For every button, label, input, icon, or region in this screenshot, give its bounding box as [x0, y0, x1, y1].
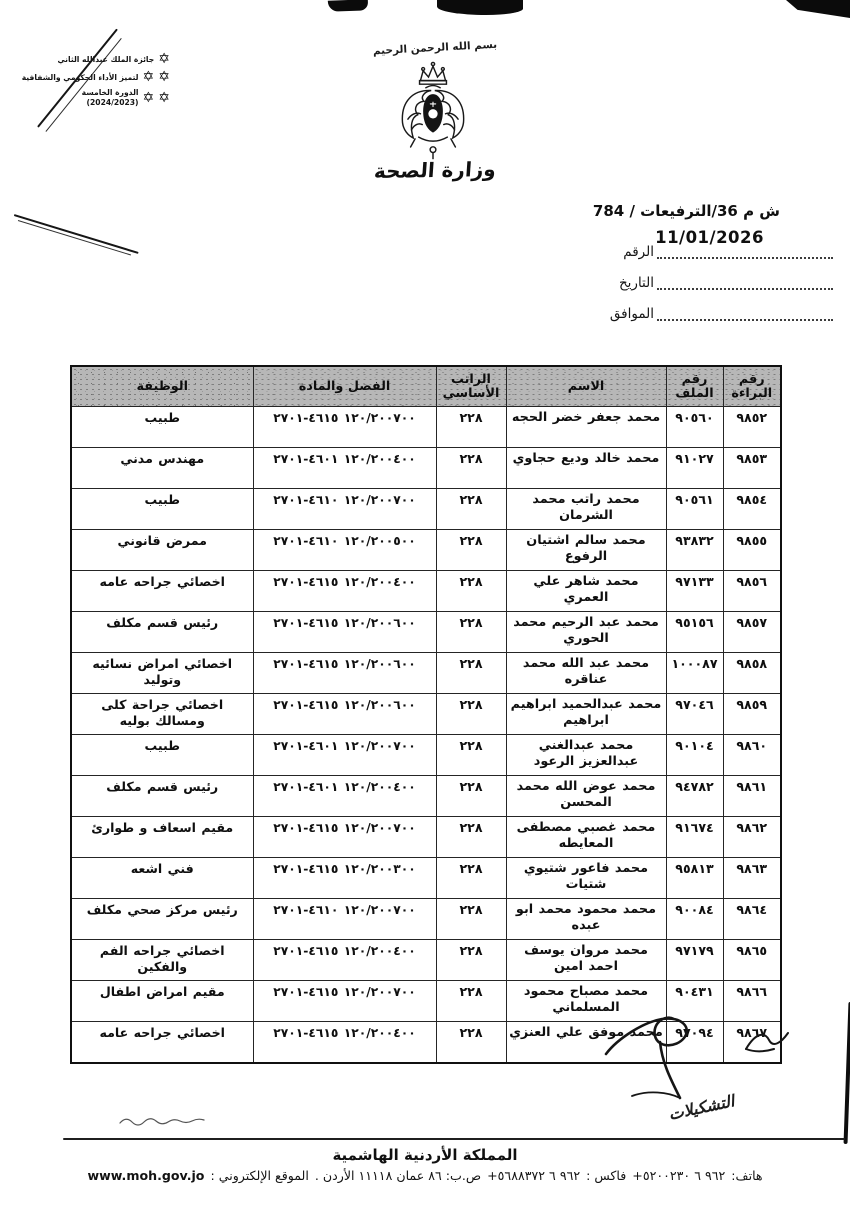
chapter-article-value: ١٢٠/٢٠٠٧٠٠ ٤٦٠١-٢٧٠١: [273, 739, 416, 753]
jordan-coat-of-arms: [387, 60, 479, 164]
fax-number: +٩٦٢ ٦ ٥٦٨٨٣٧٢: [487, 1168, 580, 1183]
employee-name-cell: محمد عبد الله محمد عناقره: [506, 653, 666, 694]
job-title-cell: طبيب: [71, 407, 253, 448]
job-title-cell: اخصائي جراحه عامه: [71, 571, 253, 612]
award-stamp-row: ✡ جائزة الملك عبدالله الثاني: [18, 52, 170, 66]
chapter-article-value: ١٢٠/٢٠٠٦٠٠ ٤٦١٥-٢٧٠١: [273, 616, 416, 630]
chapter-article-value: ١٢٠/٢٠٠٧٠٠ ٤٦١٠-٢٧٠١: [273, 903, 416, 917]
table-row: ٩٨٥٥ ٩٣٨٣٢ محمد سالم اشتيان الرفوع ٢٢٨ ١…: [71, 530, 781, 571]
basic-salary-cell: ٢٢٨: [436, 940, 506, 981]
chapter-article-value: ١٢٠/٢٠٠٧٠٠ ٤٦١٥-٢٧٠١: [273, 411, 416, 425]
contact-line: هاتف: +٩٦٢ ٦ ٥٢٠٠٢٣٠ فاكس : +٩٦٢ ٦ ٥٦٨٨٣…: [0, 1168, 850, 1183]
table-row: ٩٨٥٩ ٩٧٠٤٦ محمد عبدالحميد ابراهيم ابراهي…: [71, 694, 781, 735]
chapter-article-cell: ١٢٠/٢٠٠٧٠٠ ٤٦٠١-٢٧٠١: [253, 735, 436, 776]
award-star-icon: ✡: [158, 91, 170, 105]
chapter-article-cell: ١٢٠/٢٠٠٤٠٠ ٤٦١٥-٢٧٠١: [253, 940, 436, 981]
header-job-title: الوظيفة: [71, 366, 253, 407]
kingdom-title: المملكة الأردنية الهاشمية: [0, 1146, 850, 1164]
illegible-marginal-note: [118, 1114, 218, 1128]
file-number-cell: ٩٥١٥٦: [666, 612, 723, 653]
basic-salary-cell: ٢٢٨: [436, 776, 506, 817]
award-star-icon: ✡: [158, 52, 170, 66]
footer-rule: [63, 1138, 845, 1140]
chapter-article-cell: ١٢٠/٢٠٠٤٠٠ ٤٦١٥-٢٧٠١: [253, 1022, 436, 1064]
basic-salary-cell: ٢٢٨: [436, 448, 506, 489]
grade-number-cell: ٩٨٥٨: [723, 653, 781, 694]
basic-salary-cell: ٢٢٨: [436, 571, 506, 612]
table-row: ٩٨٦٢ ٩١٦٧٤ محمد غصبي مصطفى المعايطه ٢٢٨ …: [71, 817, 781, 858]
grade-number-cell: ٩٨٦٤: [723, 899, 781, 940]
bismillah-calligraphy: بسم الله الرحمن الرحيم: [340, 37, 530, 59]
grade-number-cell: ٩٨٥٢: [723, 407, 781, 448]
table-row: ٩٨٥٤ ٩٠٥٦١ محمد راتب محمد الشرمان ٢٢٨ ١٢…: [71, 489, 781, 530]
grade-number-cell: ٩٨٦٠: [723, 735, 781, 776]
employee-name-cell: محمد محمود محمد ابو عبده: [506, 899, 666, 940]
field-label: الرقم: [623, 244, 654, 260]
employee-name-cell: محمد عبدالحميد ابراهيم ابراهيم: [506, 694, 666, 735]
job-title-cell: مقيم امراض اطفال: [71, 981, 253, 1022]
chapter-article-value: ١٢٠/٢٠٠٣٠٠ ٤٦١٥-٢٧٠١: [273, 862, 416, 876]
award-line-2: لتميز الأداء الحكومي والشفافية: [22, 73, 139, 82]
basic-salary-cell: ٢٢٨: [436, 899, 506, 940]
table-row: ٩٨٥٨ ١٠٠٠٨٧ محمد عبد الله محمد عناقره ٢٢…: [71, 653, 781, 694]
file-number-cell: ٩٠٥٦١: [666, 489, 723, 530]
promotions-table-wrap: رقم البراءة رقم الملف الاسم الراتب الأسا…: [70, 365, 782, 1064]
pobox-text: ص.ب: ٨٦ عمان ١١١١٨ الأردن .: [315, 1168, 481, 1183]
file-number-cell: ١٠٠٠٨٧: [666, 653, 723, 694]
file-number-cell: ٩٣٨٣٢: [666, 530, 723, 571]
chapter-article-cell: ١٢٠/٢٠٠٤٠٠ ٤٦٠١-٢٧٠١: [253, 448, 436, 489]
award-stamp: ✡ جائزة الملك عبدالله الثاني ✡ ✡ لتميز ا…: [18, 52, 170, 111]
chapter-article-cell: ١٢٠/٢٠٠٦٠٠ ٤٦١٥-٢٧٠١: [253, 612, 436, 653]
field-tarikh: التاريخ: [619, 275, 833, 291]
employee-name-cell: محمد جعفر خضر الحجه: [506, 407, 666, 448]
scan-artifact-streak: [18, 220, 131, 256]
chapter-article-cell: ١٢٠/٢٠٠٤٠٠ ٤٦١٥-٢٧٠١: [253, 571, 436, 612]
file-number-cell: ٩١٠٢٧: [666, 448, 723, 489]
basic-salary-cell: ٢٢٨: [436, 1022, 506, 1064]
header-file-number: رقم الملف: [666, 366, 723, 407]
file-number-cell: ٩٧١٣٣: [666, 571, 723, 612]
scan-artifact-edge: [844, 1002, 850, 1144]
job-title-cell: اخصائي جراحه عامه: [71, 1022, 253, 1064]
table-row: ٩٨٦٠ ٩٠١٠٤ محمد عبدالغني عبدالعزيز الرعو…: [71, 735, 781, 776]
chapter-article-cell: ١٢٠/٢٠٠٥٠٠ ٤٦١٠-٢٧٠١: [253, 530, 436, 571]
field-muwafiq: الموافق: [610, 306, 833, 322]
header-basic-salary: الراتب الأساسي: [436, 366, 506, 407]
field-raqam: الرقم: [623, 244, 833, 260]
chapter-article-cell: ١٢٠/٢٠٠٤٠٠ ٤٦٠١-٢٧٠١: [253, 776, 436, 817]
table-row: ٩٨٥٧ ٩٥١٥٦ محمد عبد الرحيم محمد الحوري ٢…: [71, 612, 781, 653]
header-chapter-article: الفصل والمادة: [253, 366, 436, 407]
basic-salary-cell: ٢٢٨: [436, 858, 506, 899]
chapter-article-value: ١٢٠/٢٠٠٤٠٠ ٤٦١٥-٢٧٠١: [273, 575, 416, 589]
chapter-article-value: ١٢٠/٢٠٠٤٠٠ ٤٦٠١-٢٧٠١: [273, 780, 416, 794]
basic-salary-cell: ٢٢٨: [436, 407, 506, 448]
table-row: ٩٨٥٢ ٩٠٥٦٠ محمد جعفر خضر الحجه ٢٢٨ ١٢٠/٢…: [71, 407, 781, 448]
grade-number-cell: ٩٨٦١: [723, 776, 781, 817]
chapter-article-cell: ١٢٠/٢٠٠٧٠٠ ٤٦١٠-٢٧٠١: [253, 489, 436, 530]
award-stamp-row: ✡ ✡ لتميز الأداء الحكومي والشفافية: [18, 70, 170, 84]
basic-salary-cell: ٢٢٨: [436, 653, 506, 694]
scanned-document-page: ✡ جائزة الملك عبدالله الثاني ✡ ✡ لتميز ا…: [0, 0, 850, 1214]
grade-number-cell: ٩٨٦٣: [723, 858, 781, 899]
grade-number-cell: ٩٨٥٦: [723, 571, 781, 612]
chapter-article-cell: ١٢٠/٢٠٠٧٠٠ ٤٦١٥-٢٧٠١: [253, 407, 436, 448]
job-title-cell: اخصائي امراض نسائيه وتوليد: [71, 653, 253, 694]
header-name: الاسم: [506, 366, 666, 407]
award-stamp-row: ✡ ✡ الدورة الخامسة (2024/2023): [18, 88, 170, 107]
basic-salary-cell: ٢٢٨: [436, 612, 506, 653]
chapter-article-value: ١٢٠/٢٠٠٧٠٠ ٤٦١٥-٢٧٠١: [273, 821, 416, 835]
dotted-line: [657, 307, 833, 321]
job-title-cell: مهندس مدني: [71, 448, 253, 489]
table-row: ٩٨٥٦ ٩٧١٣٣ محمد شاهر علي العمري ٢٢٨ ١٢٠/…: [71, 571, 781, 612]
fax-label: فاكس :: [586, 1168, 626, 1183]
crown-icon: [420, 62, 447, 87]
file-number-cell: ٩٧٠٤٦: [666, 694, 723, 735]
employee-name-cell: محمد فاعور شتيوي شتيات: [506, 858, 666, 899]
chapter-article-value: ١٢٠/٢٠٠٧٠٠ ٤٦١٥-٢٧٠١: [273, 985, 416, 999]
table-row: ٩٨٦١ ٩٤٧٨٢ محمد عوض الله محمد المحسن ٢٢٨…: [71, 776, 781, 817]
job-title-cell: اخصائي جراحه الفم والفكين: [71, 940, 253, 981]
chapter-article-value: ١٢٠/٢٠٠٤٠٠ ٤٦١٥-٢٧٠١: [273, 1026, 416, 1040]
chapter-article-cell: ١٢٠/٢٠٠٣٠٠ ٤٦١٥-٢٧٠١: [253, 858, 436, 899]
award-line-3: الدورة الخامسة: [82, 88, 139, 97]
header-grade-number: رقم البراءة: [723, 366, 781, 407]
center-shield: [423, 94, 443, 133]
award-line-4: (2024/2023): [82, 98, 139, 107]
employee-name-cell: محمد غصبي مصطفى المعايطه: [506, 817, 666, 858]
table-row: ٩٨٦٤ ٩٠٠٨٤ محمد محمود محمد ابو عبده ٢٢٨ …: [71, 899, 781, 940]
chapter-article-cell: ١٢٠/٢٠٠٦٠٠ ٤٦١٥-٢٧٠١: [253, 653, 436, 694]
basic-salary-cell: ٢٢٨: [436, 735, 506, 776]
award-line-1: جائزة الملك عبدالله الثاني: [57, 55, 154, 64]
job-title-cell: رئيس مركز صحي مكلف: [71, 899, 253, 940]
chapter-article-cell: ١٢٠/٢٠٠٧٠٠ ٤٦١٠-٢٧٠١: [253, 899, 436, 940]
award-star-icon: ✡: [143, 91, 155, 105]
file-number-cell: ٩٤٧٨٢: [666, 776, 723, 817]
award-star-icon: ✡: [158, 70, 170, 84]
scan-artifact-blob: [328, 0, 368, 12]
chapter-article-value: ١٢٠/٢٠٠٤٠٠ ٤٦٠١-٢٧٠١: [273, 452, 416, 466]
employee-name-cell: محمد مروان يوسف احمد امين: [506, 940, 666, 981]
employee-name-cell: محمد خالد وديع حجاوي: [506, 448, 666, 489]
table-header-row: رقم البراءة رقم الملف الاسم الراتب الأسا…: [71, 366, 781, 407]
chapter-article-value: ١٢٠/٢٠٠٧٠٠ ٤٦١٠-٢٧٠١: [273, 493, 416, 507]
chapter-article-cell: ١٢٠/٢٠٠٧٠٠ ٤٦١٥-٢٧٠١: [253, 817, 436, 858]
employee-name-cell: محمد عبد الرحيم محمد الحوري: [506, 612, 666, 653]
table-row: ٩٨٦٥ ٩٧١٧٩ محمد مروان يوسف احمد امين ٢٢٨…: [71, 940, 781, 981]
chapter-article-value: ١٢٠/٢٠٠٦٠٠ ٤٦١٥-٢٧٠١: [273, 698, 416, 712]
scan-artifact-corner: [786, 0, 850, 18]
table-body: ٩٨٥٢ ٩٠٥٦٠ محمد جعفر خضر الحجه ٢٢٨ ١٢٠/٢…: [71, 407, 781, 1064]
grade-number-cell: ٩٨٥٣: [723, 448, 781, 489]
chapter-article-cell: ١٢٠/٢٠٠٧٠٠ ٤٦١٥-٢٧٠١: [253, 981, 436, 1022]
basic-salary-cell: ٢٢٨: [436, 489, 506, 530]
promotions-table: رقم البراءة رقم الملف الاسم الراتب الأسا…: [70, 365, 782, 1064]
scan-artifact-blob: [437, 0, 523, 15]
basic-salary-cell: ٢٢٨: [436, 530, 506, 571]
job-title-cell: رئيس قسم مكلف: [71, 776, 253, 817]
employee-name-cell: محمد عوض الله محمد المحسن: [506, 776, 666, 817]
chapter-article-value: ١٢٠/٢٠٠٦٠٠ ٤٦١٥-٢٧٠١: [273, 657, 416, 671]
field-label: الموافق: [610, 306, 654, 322]
grade-number-cell: ٩٨٥٥: [723, 530, 781, 571]
basic-salary-cell: ٢٢٨: [436, 817, 506, 858]
initials-scribble: [742, 1026, 794, 1058]
award-star-icon: ✡: [143, 70, 155, 84]
phone-label: هاتف:: [731, 1168, 762, 1183]
chapter-article-cell: ١٢٠/٢٠٠٦٠٠ ٤٦١٥-٢٧٠١: [253, 694, 436, 735]
job-title-cell: فني اشعه: [71, 858, 253, 899]
job-title-cell: طبيب: [71, 489, 253, 530]
grade-number-cell: ٩٨٥٤: [723, 489, 781, 530]
grade-number-cell: ٩٨٥٧: [723, 612, 781, 653]
file-number-cell: ٩٠٥٦٠: [666, 407, 723, 448]
job-title-cell: ممرض قانوني: [71, 530, 253, 571]
basic-salary-cell: ٢٢٨: [436, 694, 506, 735]
employee-name-cell: محمد راتب محمد الشرمان: [506, 489, 666, 530]
chapter-article-value: ١٢٠/٢٠٠٤٠٠ ٤٦١٥-٢٧٠١: [273, 944, 416, 958]
table-row: ٩٨٥٣ ٩١٠٢٧ محمد خالد وديع حجاوي ٢٢٨ ١٢٠/…: [71, 448, 781, 489]
job-title-cell: مقيم اسعاف و طوارئ: [71, 817, 253, 858]
job-title-cell: اخصائي جراحة كلى ومسالك بوليه: [71, 694, 253, 735]
field-label: التاريخ: [619, 275, 654, 291]
job-title-cell: رئيس قسم مكلف: [71, 612, 253, 653]
scan-artifact-streak: [14, 214, 139, 254]
reference-number-line: ش م 36/الترفيعات / 784: [593, 202, 780, 220]
dotted-line: [657, 276, 833, 290]
table-row: ٩٨٦٣ ٩٥٨١٣ محمد فاعور شتيوي شتيات ٢٢٨ ١٢…: [71, 858, 781, 899]
file-number-cell: ٩٠٠٨٤: [666, 899, 723, 940]
file-number-cell: ٩٧١٧٩: [666, 940, 723, 981]
website-label: الموقع الإلكتروني :: [210, 1168, 308, 1183]
employee-name-cell: محمد سالم اشتيان الرفوع: [506, 530, 666, 571]
file-number-cell: ٩٠١٠٤: [666, 735, 723, 776]
file-number-cell: ٩١٦٧٤: [666, 817, 723, 858]
grade-number-cell: ٩٨٦٢: [723, 817, 781, 858]
phone-number: +٩٦٢ ٦ ٥٢٠٠٢٣٠: [632, 1168, 725, 1183]
dotted-line: [657, 245, 833, 259]
ribbon-banner: [411, 137, 456, 159]
website-url: www.moh.gov.jo: [87, 1168, 204, 1183]
grade-number-cell: ٩٨٦٥: [723, 940, 781, 981]
chapter-article-value: ١٢٠/٢٠٠٥٠٠ ٤٦١٠-٢٧٠١: [273, 534, 416, 548]
employee-name-cell: محمد شاهر علي العمري: [506, 571, 666, 612]
employee-name-cell: محمد عبدالغني عبدالعزيز الرعود: [506, 735, 666, 776]
basic-salary-cell: ٢٢٨: [436, 981, 506, 1022]
ministry-calligraphy: وزارة الصحة: [349, 157, 521, 184]
grade-number-cell: ٩٨٥٩: [723, 694, 781, 735]
file-number-cell: ٩٥٨١٣: [666, 858, 723, 899]
job-title-cell: طبيب: [71, 735, 253, 776]
grade-number-cell: ٩٨٦٦: [723, 981, 781, 1022]
